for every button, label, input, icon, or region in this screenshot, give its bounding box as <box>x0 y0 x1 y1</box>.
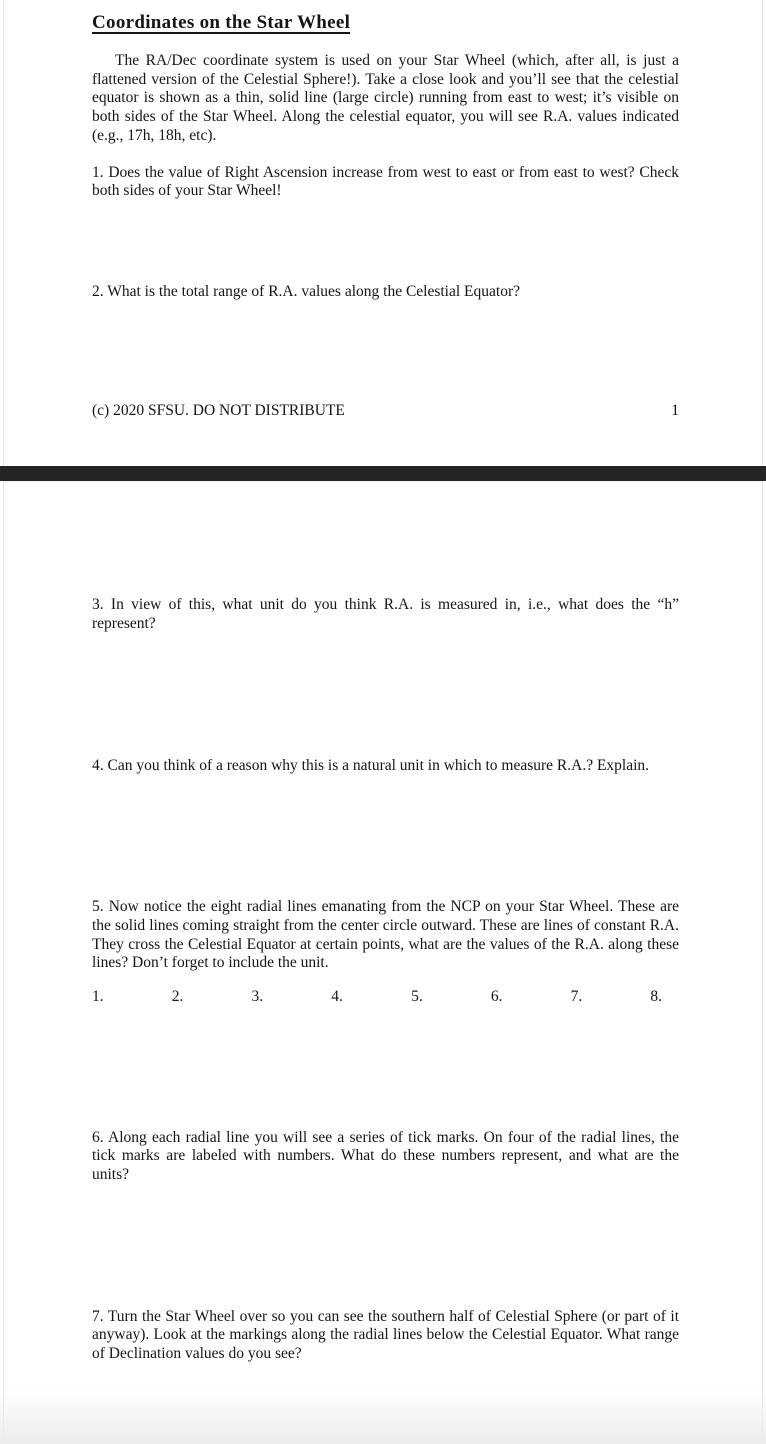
question-1: 1. Does the value of Right Ascension inc… <box>92 164 679 201</box>
answer-slot-4: 4. <box>331 988 343 1007</box>
question-4: 4. Can you think of a reason why this is… <box>92 757 679 776</box>
pdf-viewport: Coordinates on the Star Wheel The RA/Dec… <box>0 0 766 1444</box>
question-3: 3. In view of this, what unit do you thi… <box>92 596 679 633</box>
intro-paragraph: The RA/Dec coordinate system is used on … <box>92 52 679 146</box>
question-2: 2. What is the total range of R.A. value… <box>92 283 679 302</box>
page-number: 1 <box>671 402 679 421</box>
answer-slot-row: 1. 2. 3. 4. 5. 6. 7. 8. <box>92 988 662 1007</box>
question-6: 6. Along each radial line you will see a… <box>92 1129 679 1185</box>
question-7: 7. Turn the Star Wheel over so you can s… <box>92 1308 679 1364</box>
page-separator <box>0 466 766 481</box>
page-1-content: Coordinates on the Star Wheel The RA/Dec… <box>4 0 762 302</box>
page-footer: (c) 2020 SFSU. DO NOT DISTRIBUTE 1 <box>92 402 679 421</box>
page-2-content: 3. In view of this, what unit do you thi… <box>4 596 762 1364</box>
question-5: 5. Now notice the eight radial lines ema… <box>92 898 679 973</box>
answer-slot-5: 5. <box>411 988 423 1007</box>
answer-slot-2: 2. <box>172 988 184 1007</box>
copyright-text: (c) 2020 SFSU. DO NOT DISTRIBUTE <box>92 402 345 421</box>
answer-slot-1: 1. <box>92 988 104 1007</box>
document-title: Coordinates on the Star Wheel <box>92 0 679 34</box>
answer-slot-8: 8. <box>650 988 662 1007</box>
page-2: 3. In view of this, what unit do you thi… <box>3 481 763 1444</box>
page-1: Coordinates on the Star Wheel The RA/Dec… <box>3 0 763 466</box>
answer-slot-3: 3. <box>252 988 264 1007</box>
answer-slot-7: 7. <box>571 988 583 1007</box>
answer-slot-6: 6. <box>491 988 503 1007</box>
